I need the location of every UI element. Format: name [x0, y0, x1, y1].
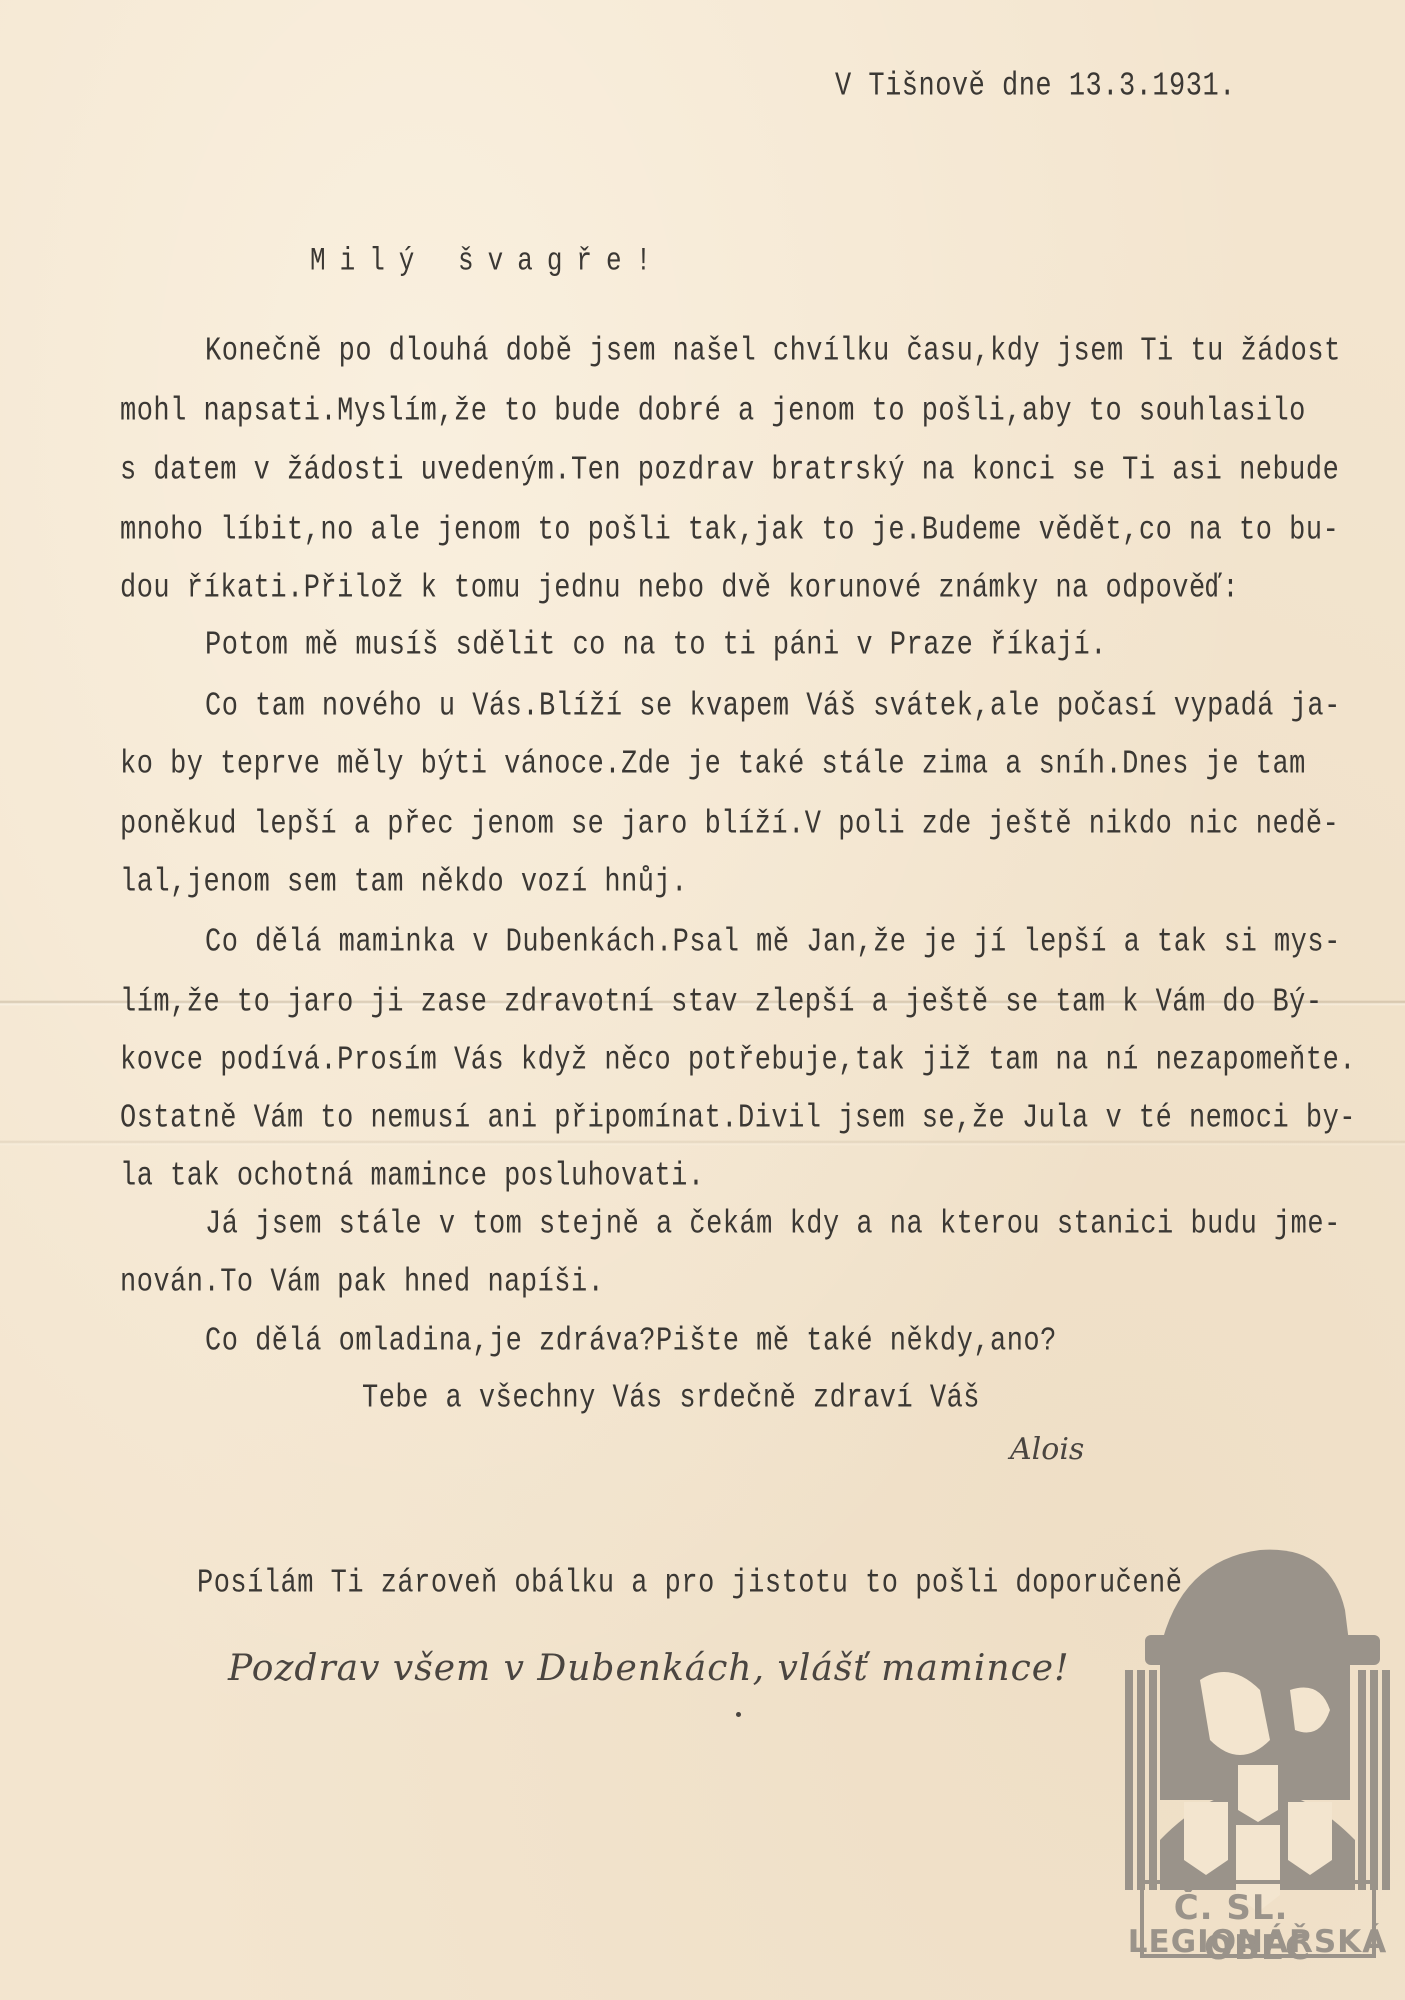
letter-line: nován.To Vám pak hned napíši. — [120, 1264, 604, 1302]
emblem-text-legionarska: LEGIONÁŘSKÁ — [1120, 1924, 1395, 1960]
legion-emblem-watermark: Č. SL. OBEC LEGIONÁŘSKÁ — [1120, 1540, 1395, 1960]
paper-fold-crease — [0, 1140, 1405, 1146]
emblem-text-csl: Č. SL. — [1174, 1888, 1289, 1928]
letter-line: lím,že to jaro ji zase zdravotní stav zl… — [120, 984, 1323, 1022]
letter-line: Potom mě musíš sdělit co na to ti páni v… — [205, 627, 1107, 665]
letter-line: poněkud lepší a přec jenom se jaro blíží… — [120, 806, 1339, 844]
letter-line: mnoho líbit,no ale jenom to pošli tak,ja… — [120, 512, 1339, 550]
letter-line: dou říkati.Přilož k tomu jednu nebo dvě … — [120, 570, 1239, 608]
letter-line: Co dělá maminka v Dubenkách.Psal mě Jan,… — [205, 924, 1341, 962]
letter-line: Ostatně Vám to nemusí ani připomínat.Div… — [120, 1100, 1356, 1138]
letter-line: kovce podívá.Prosím Vás když něco potřeb… — [120, 1042, 1356, 1080]
postscript-handwritten: Pozdrav všem v Dubenkách, vlášť mamince! — [228, 1648, 1070, 1689]
letter-line: ko by teprve měly býti vánoce.Zde je tak… — [120, 746, 1306, 784]
letter-line: Co tam nového u Vás.Blíží se kvapem Váš … — [205, 688, 1341, 726]
letter-line: Co dělá omladina,je zdráva?Pište mě také… — [205, 1323, 1057, 1361]
letter-line: Konečně po dlouhá době jsem našel chvílk… — [205, 333, 1341, 371]
ink-dot — [736, 1712, 741, 1717]
letter-line: lal,jenom sem tam někdo vozí hnůj. — [120, 864, 688, 902]
letter-line: s datem v žádosti uvedeným.Ten pozdrav b… — [120, 452, 1339, 490]
letter-line: Já jsem stále v tom stejně a čekám kdy a… — [205, 1206, 1341, 1244]
letter-line: mohl napsati.Myslím,že to bude dobré a j… — [120, 393, 1306, 431]
handwritten-signature: Alois — [1010, 1432, 1084, 1467]
letter-line: la tak ochotná mamince posluhovati. — [120, 1158, 705, 1196]
salutation: Milý švagře! — [310, 242, 665, 280]
closing-line: Tebe a všechny Vás srdečně zdraví Váš — [362, 1380, 980, 1418]
postscript-typed: Posílám Ti zároveň obálku a pro jistotu … — [197, 1565, 1199, 1603]
date-line: V Tišnově dne 13.3.1931. — [835, 68, 1236, 106]
